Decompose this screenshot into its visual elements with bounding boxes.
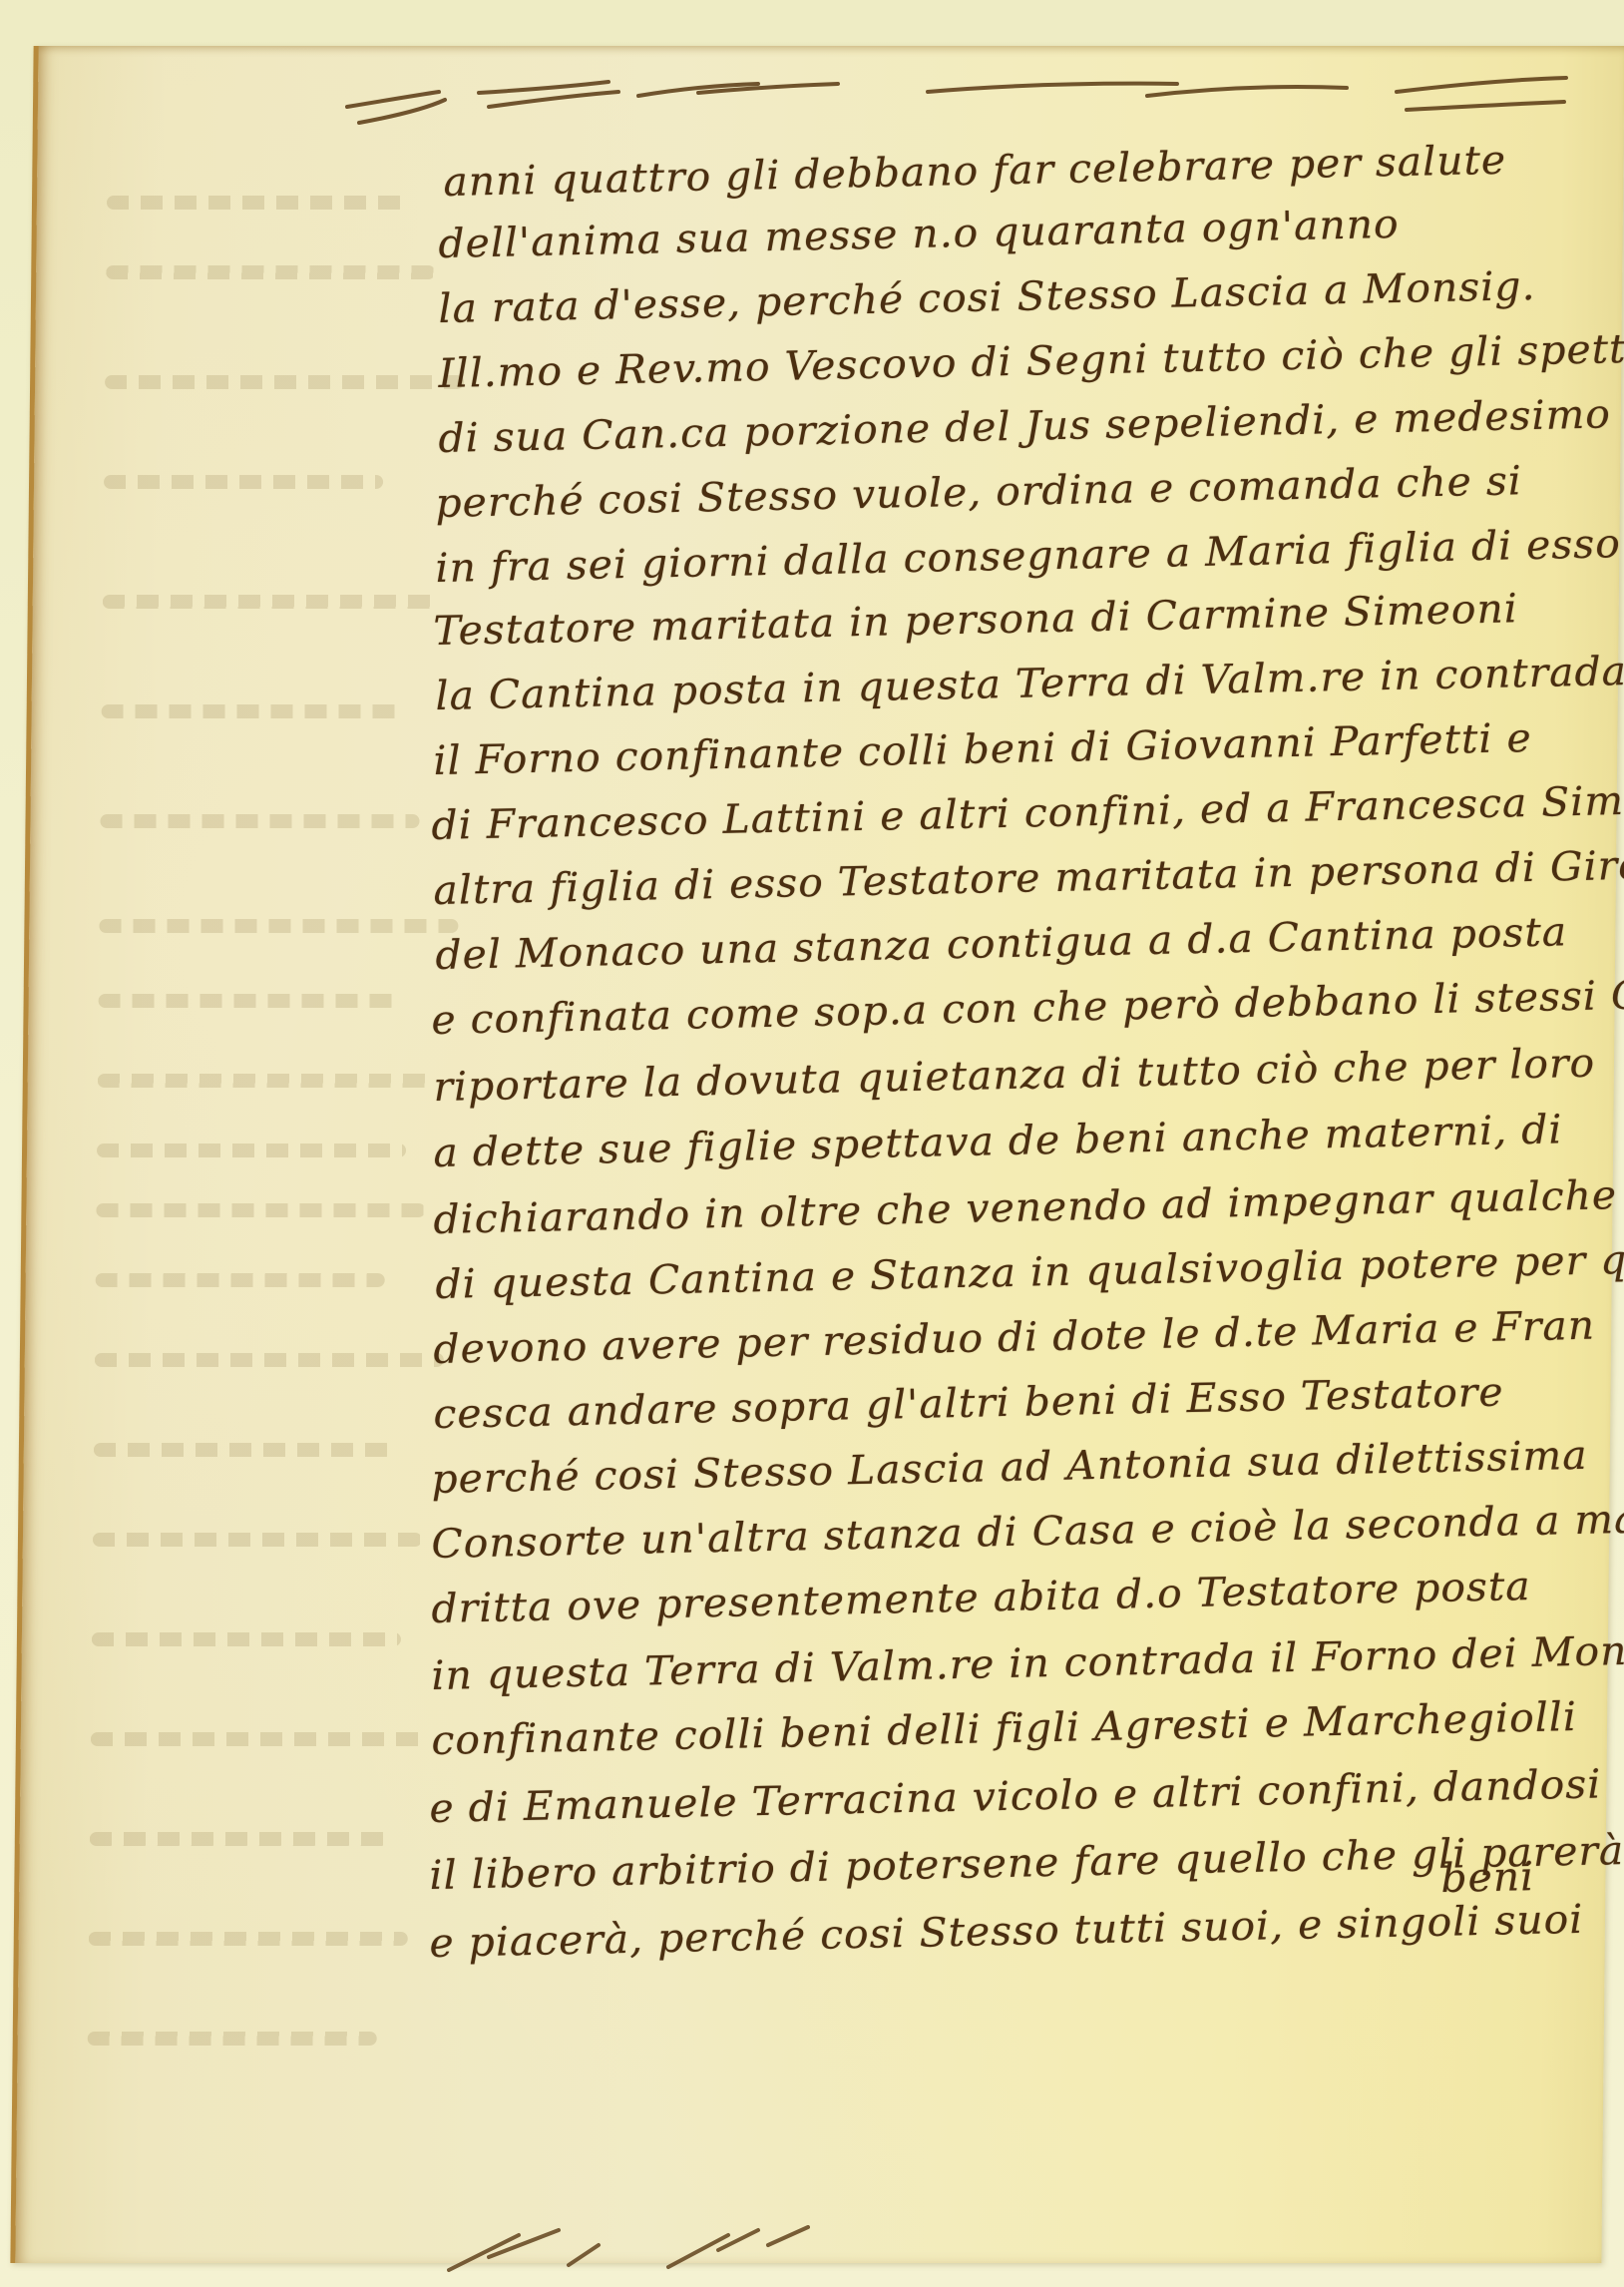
bleed-through-line	[96, 1273, 385, 1287]
bleed-through-line	[90, 1832, 389, 1846]
bleed-through-line	[91, 1732, 430, 1746]
bleed-through-line	[99, 919, 458, 933]
bleed-through-line	[92, 1632, 401, 1646]
bleed-through-line	[94, 1443, 393, 1457]
bleed-through-line	[93, 1533, 422, 1547]
bleed-through-line	[102, 704, 401, 718]
bleed-through-line	[99, 994, 398, 1008]
bleed-through-line	[95, 1353, 444, 1367]
bleed-through-line	[105, 375, 464, 389]
bleed-through-line	[100, 814, 419, 828]
manuscript-line-final-word: beni	[1440, 1854, 1535, 1902]
bleed-through-line	[88, 2032, 377, 2046]
bleed-through-line	[107, 196, 406, 210]
bleed-through-line	[97, 1143, 406, 1157]
bleed-through-line	[104, 475, 383, 489]
bleed-through-line	[106, 265, 435, 279]
bleed-through-line	[89, 1932, 408, 1946]
bleed-through-line	[103, 595, 442, 609]
bleed-through-line	[98, 1074, 437, 1088]
bleed-through-line	[96, 1203, 425, 1217]
